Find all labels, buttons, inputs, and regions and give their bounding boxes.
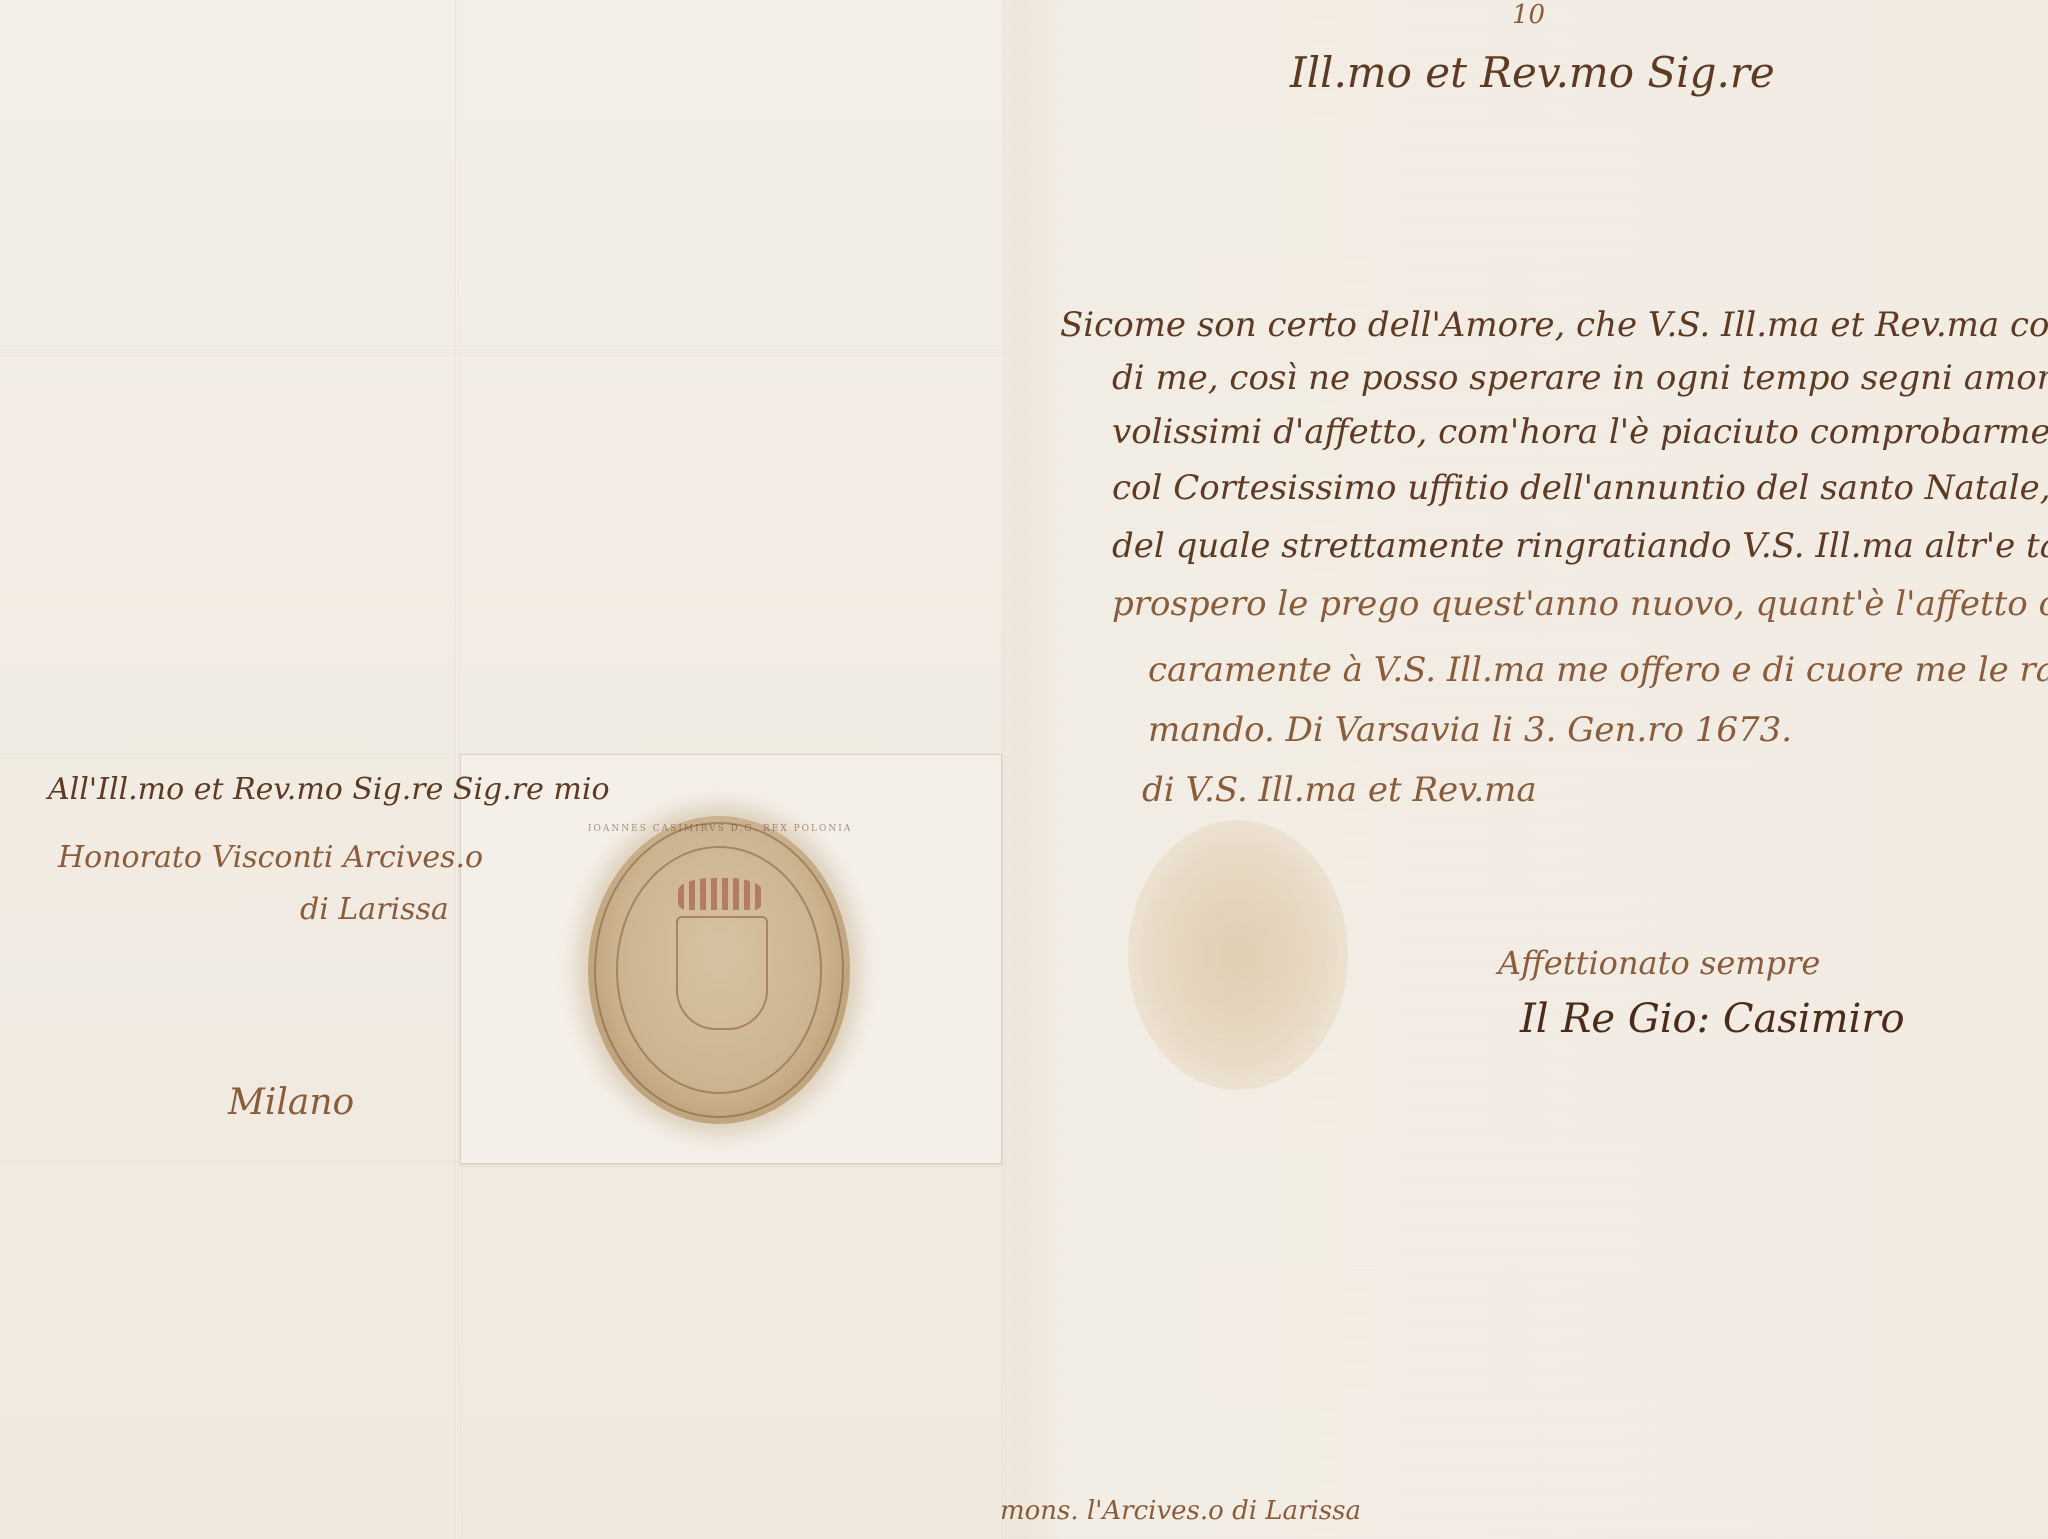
- body-line-6: prospero le prego quest'anno nuovo, quan…: [1112, 584, 2048, 624]
- vertical-fold-left: [455, 0, 458, 1539]
- seal-inscription: IOANNES CASIMIRVS D.G. REX POLONIAE ET S…: [588, 824, 850, 834]
- horizontal-fold-upper: [0, 350, 1002, 353]
- body-line-3: volissimi d'affetto, com'hora l'è piaciu…: [1112, 412, 2048, 452]
- body-line-1: Sicome son certo dell'Amore, che V.S. Il…: [1060, 305, 2048, 345]
- address-line-3: di Larissa: [300, 892, 449, 927]
- body-line-2: di me, così ne posso sperare in ogni tem…: [1112, 358, 2048, 398]
- seal-stain: [1128, 820, 1348, 1090]
- salutation: Ill.mo et Rev.mo Sig.re: [1290, 48, 1775, 97]
- body-line-4: col Cortesissimo uffitio dell'annuntio d…: [1112, 468, 2048, 508]
- center-fold: [1002, 0, 1005, 1539]
- body-line-5: del quale strettamente ringratiando V.S.…: [1112, 526, 2048, 566]
- crown-icon: [678, 878, 762, 910]
- address-line-2: Honorato Visconti Arcives.o: [58, 840, 483, 875]
- letter-sheet: IOANNES CASIMIRVS D.G. REX POLONIAE ET S…: [0, 0, 2048, 1539]
- signature: Il Re Gio: Casimiro: [1520, 996, 1905, 1042]
- wax-seal: IOANNES CASIMIRVS D.G. REX POLONIAE ET S…: [588, 816, 850, 1124]
- address-line-1: All'Ill.mo et Rev.mo Sig.re Sig.re mio: [48, 772, 610, 807]
- closing-phrase: Affettionato sempre: [1498, 944, 1820, 982]
- destination-city: Milano: [228, 1082, 354, 1123]
- endorsement: mons. l'Arcives.o di Larissa: [1000, 1496, 1361, 1526]
- body-line-9: di V.S. Ill.ma et Rev.ma: [1142, 770, 1537, 810]
- folio-number: 10: [1512, 0, 1545, 30]
- coat-of-arms-icon: [676, 916, 768, 1030]
- body-line-8-date: mando. Di Varsavia li 3. Gen.ro 1673.: [1148, 710, 1792, 750]
- body-line-7: caramente à V.S. Ill.ma me offero e di c…: [1148, 650, 2048, 690]
